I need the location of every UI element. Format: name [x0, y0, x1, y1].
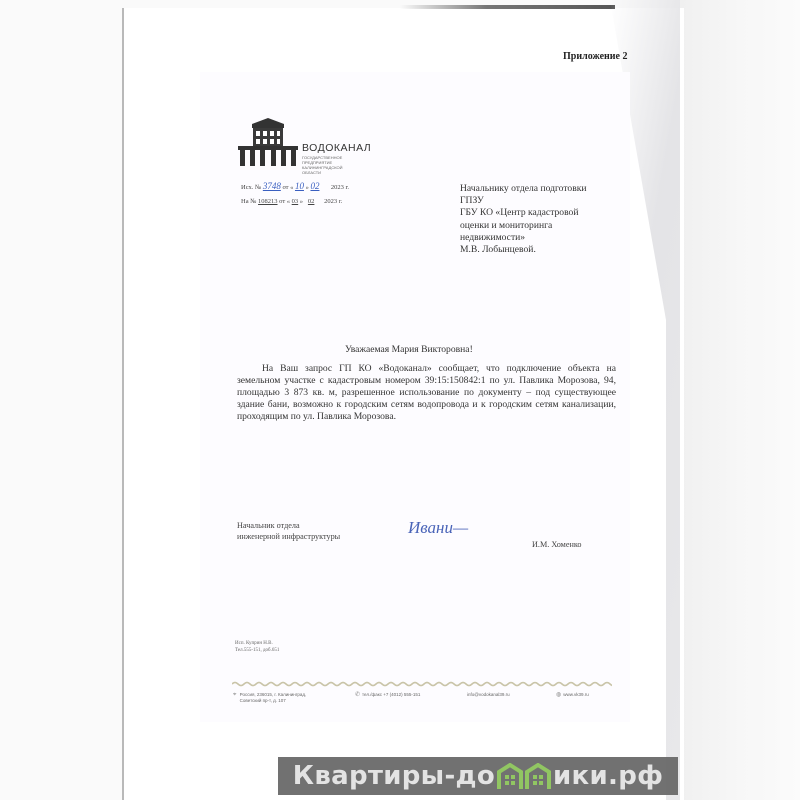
website-url: www.vk39.ru [563, 692, 589, 697]
globe-icon: ◍ [556, 692, 561, 698]
handwritten-signature: Ивани— [408, 518, 468, 538]
signatory-title: Начальник отдела инженерной инфраструкту… [237, 520, 340, 542]
watermark-text-end: ики.рф [553, 761, 663, 791]
page-top-shadow [400, 5, 615, 9]
executor-info: Исп. Куприн Н.В. Тел.555-151, доб.651 [235, 641, 279, 654]
address-line1: Россия, 236015, г. Калининград, [240, 692, 307, 697]
outgoing-day: 10 [295, 181, 304, 191]
phone-number: тел./факс +7 (4012) 555-151 [362, 692, 420, 697]
outgoing-number-line: Исх. № 3748 от « 10 » 02 2023 г. [241, 181, 349, 191]
location-pin-icon: ⌖ [233, 692, 236, 698]
incoming-number: 108213 [258, 198, 278, 205]
addressee-block: Начальнику отдела подготовки ГПЗУ ГБУ КО… [460, 183, 587, 256]
incoming-from-label: от « [279, 198, 290, 205]
incoming-month: 02 [308, 198, 315, 205]
vodokanal-building-logo-icon [238, 118, 298, 168]
outgoing-quote: » [306, 184, 309, 191]
incoming-prefix: На № [241, 198, 256, 205]
footer-website: ◍www.vk39.ru [556, 692, 589, 699]
footer-address: ⌖ Россия, 236015, г. Калининград, Советс… [233, 692, 306, 703]
addressee-line: ГБУ КО «Центр кадастровой [460, 207, 587, 219]
org-subtitle: ГОСУДАРСТВЕННОЕ ПРЕДПРИЯТИЕ КАЛИНИНГРАДС… [302, 155, 362, 175]
org-name: ВОДОКАНАЛ [302, 142, 371, 154]
address-line2: Советский пр-т, д. 107 [240, 698, 286, 703]
incoming-year: 2023 г. [324, 198, 342, 205]
letter-body: На Ваш запрос ГП КО «Водоканал» сообщает… [237, 363, 616, 423]
executor-phone: Тел.555-151, доб.651 [235, 648, 279, 655]
greeting: Уважаемая Мария Викторовна! [345, 344, 473, 355]
footer-email: info@vodokanal39.ru [467, 692, 510, 698]
watermark-text-start: Квартиры-до [293, 761, 495, 791]
attachment-label: Приложение 2 [563, 51, 627, 62]
background-right [680, 0, 800, 800]
signatory-name: И.М. Хоменко [532, 540, 582, 549]
addressee-line: недвижимости» [460, 232, 587, 244]
watermark-banner: Квартиры-до ики.рф [278, 757, 678, 795]
addressee-line: М.В. Лобынцевой. [460, 244, 587, 256]
footer-wave-divider [232, 680, 612, 688]
outgoing-from-label: от « [282, 184, 293, 191]
outgoing-prefix: Исх. № [241, 184, 261, 191]
executor-name: Исп. Куприн Н.В. [235, 641, 279, 648]
footer-phone: ✆тел./факс +7 (4012) 555-151 [355, 692, 420, 699]
addressee-line: оценки и мониторинга [460, 220, 587, 232]
incoming-quote: » [300, 198, 303, 205]
addressee-line: Начальнику отдела подготовки [460, 183, 587, 195]
phone-icon: ✆ [355, 692, 360, 698]
incoming-day: 03 [292, 198, 299, 205]
outgoing-month: 02 [310, 181, 319, 191]
outgoing-number: 3748 [263, 181, 281, 191]
outgoing-year: 2023 г. [331, 184, 349, 191]
houses-icon [496, 763, 552, 789]
signatory-title-line1: Начальник отдела [237, 520, 340, 531]
addressee-line: ГПЗУ [460, 195, 587, 207]
incoming-number-line: На № 108213 от « 03 » 02 2023 г. [241, 198, 342, 205]
signatory-title-line2: инженерной инфраструктуры [237, 531, 340, 542]
